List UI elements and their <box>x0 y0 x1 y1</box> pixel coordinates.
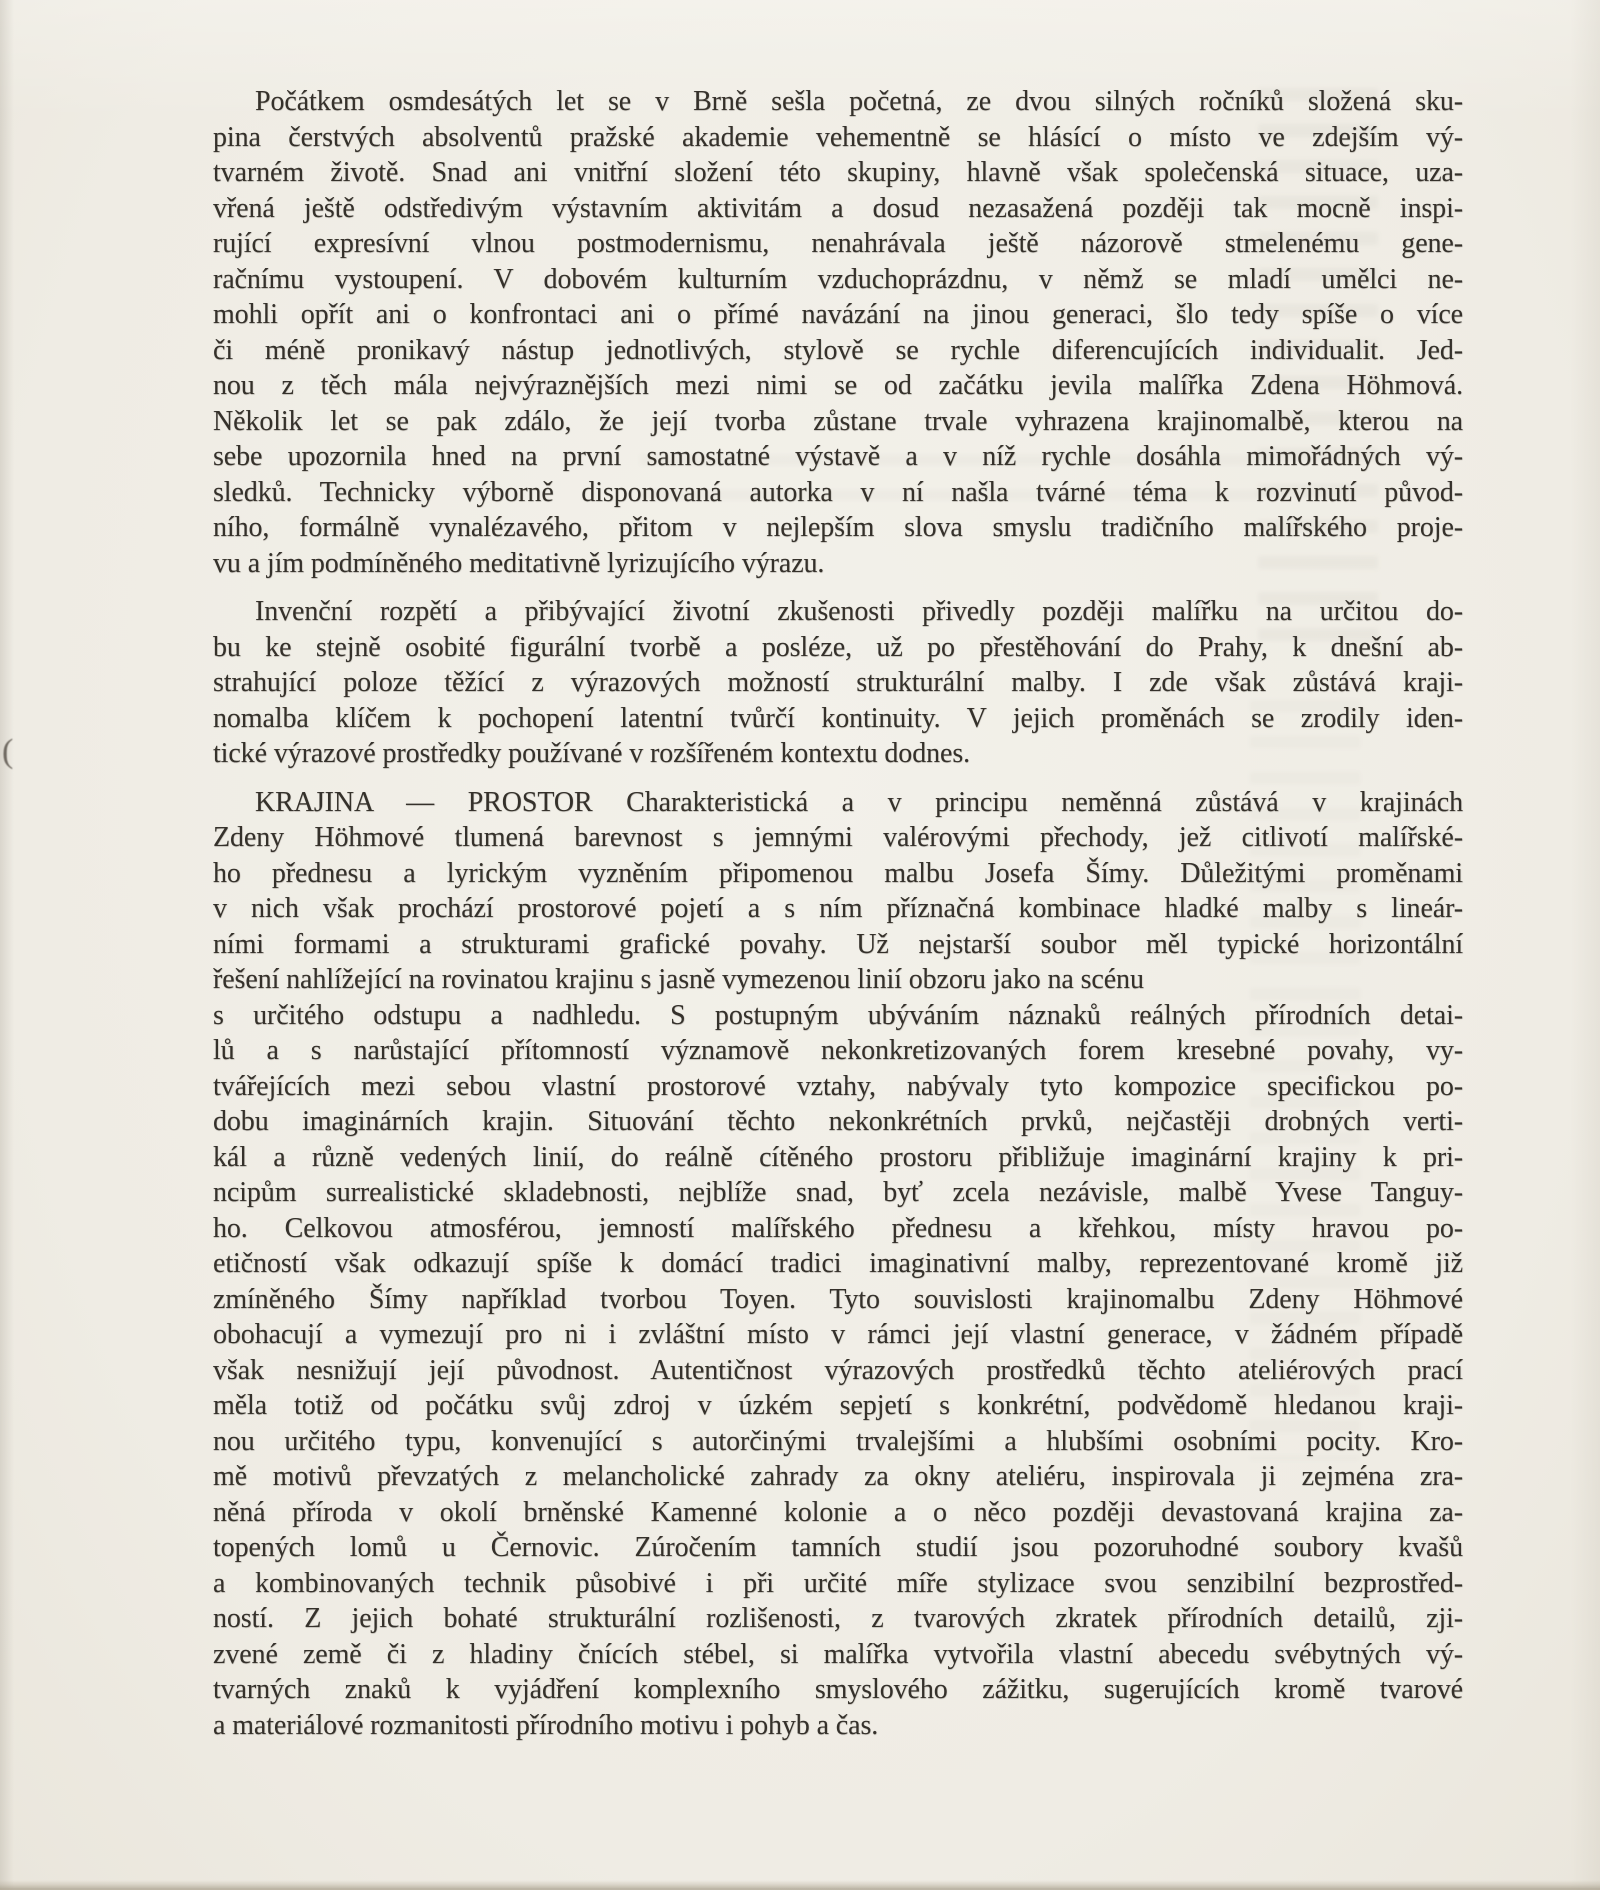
text-line: tvarných znaků k vyjádření komplexního s… <box>213 1672 1463 1708</box>
text-line: něná příroda v okolí brněnské Kamenné ko… <box>213 1495 1463 1531</box>
text-line: ními formami a strukturami grafické pova… <box>213 927 1463 963</box>
text-line: mohli opřít ani o konfrontaci ani o přím… <box>213 297 1463 333</box>
text-line: v nich však prochází prostorové pojetí a… <box>213 891 1463 927</box>
text-line: tvarném životě. Snad ani vnitřní složení… <box>213 155 1463 191</box>
scan-artifact-mark: ( <box>2 733 13 771</box>
text-line: nomalba klíčem k pochopení latentní tvůr… <box>213 701 1463 737</box>
text-line: ho přednesu a lyrickým vyzněním připomen… <box>213 856 1463 892</box>
text-line: strahující poloze těžící z výrazových mo… <box>213 665 1463 701</box>
paragraph: KRAJINA — PROSTOR Charakteristická a v p… <box>213 785 1463 1744</box>
text-line: tické výrazové prostředky používané v ro… <box>213 736 1463 772</box>
text-line: zvené země či z hladiny čnících stébel, … <box>213 1637 1463 1673</box>
text-line: nou určitého typu, konvenující s autorči… <box>213 1424 1463 1460</box>
text-line: Zdeny Höhmové tlumená barevnost s jemným… <box>213 820 1463 856</box>
scanned-page: Počátkem osmdesátých let se v Brně sešla… <box>0 0 1600 1890</box>
text-line: dobu imaginárních krajin. Situování těch… <box>213 1104 1463 1140</box>
text-line: tvářejících mezi sebou vlastní prostorov… <box>213 1069 1463 1105</box>
text-line: sebe upozornila hned na první samostatné… <box>213 439 1463 475</box>
text-block: Počátkem osmdesátých let se v Brně sešla… <box>213 84 1463 1743</box>
text-line: vřená ještě odstředivým výstavním aktivi… <box>213 191 1463 227</box>
text-line: s určitého odstupu a nadhledu. S postupn… <box>213 998 1463 1034</box>
text-line: vu a jím podmíněného meditativně lyrizuj… <box>213 546 1463 582</box>
text-line: však nesnižují její původnost. Autentičn… <box>213 1353 1463 1389</box>
text-line: ního, formálně vynalézavého, přitom v ne… <box>213 510 1463 546</box>
text-line: etičností však odkazují spíše k domácí t… <box>213 1246 1463 1282</box>
text-line: bu ke stejně osobité figurální tvorbě a … <box>213 630 1463 666</box>
text-line: a kombinovaných technik působivé i při u… <box>213 1566 1463 1602</box>
text-line: obohacují a vymezují pro ni i zvláštní m… <box>213 1317 1463 1353</box>
text-line: ho. Celkovou atmosférou, jemností malířs… <box>213 1211 1463 1247</box>
text-line: či méně pronikavý nástup jednotlivých, s… <box>213 333 1463 369</box>
text-line: lů a s narůstající přítomností významově… <box>213 1033 1463 1069</box>
text-line: KRAJINA — PROSTOR Charakteristická a v p… <box>213 785 1463 821</box>
text-line: řešení nahlížející na rovinatou krajinu … <box>213 962 1463 998</box>
text-line: nou z těch mála nejvýraznějších mezi nim… <box>213 368 1463 404</box>
text-line: měla totiž od počátku svůj zdroj v úzkém… <box>213 1388 1463 1424</box>
page-bottom-edge <box>0 1880 1600 1890</box>
paragraph: Invenční rozpětí a přibývající životní z… <box>213 594 1463 772</box>
paragraph: Počátkem osmdesátých let se v Brně sešla… <box>213 84 1463 581</box>
text-line: mě motivů převzatých z melancholické zah… <box>213 1459 1463 1495</box>
text-line: račnímu vystoupení. V dobovém kulturním … <box>213 262 1463 298</box>
text-line: a materiálové rozmanitosti přírodního mo… <box>213 1708 1463 1744</box>
text-line: ncipům surrealistické skladebnosti, nejb… <box>213 1175 1463 1211</box>
text-line: zmíněného Šímy například tvorbou Toyen. … <box>213 1282 1463 1318</box>
text-line: Počátkem osmdesátých let se v Brně sešla… <box>213 84 1463 120</box>
text-line: sledků. Technicky výborně disponovaná au… <box>213 475 1463 511</box>
text-line: pina čerstvých absolventů pražské akadem… <box>213 120 1463 156</box>
text-line: kál a různě vedených linií, do reálně cí… <box>213 1140 1463 1176</box>
text-line: topených lomů u Černovic. Zúročením tamn… <box>213 1530 1463 1566</box>
text-line: ností. Z jejich bohaté strukturální rozl… <box>213 1601 1463 1637</box>
text-line: Invenční rozpětí a přibývající životní z… <box>213 594 1463 630</box>
text-line: rující expresívní vlnou postmodernismu, … <box>213 226 1463 262</box>
text-line: Několik let se pak zdálo, že její tvorba… <box>213 404 1463 440</box>
